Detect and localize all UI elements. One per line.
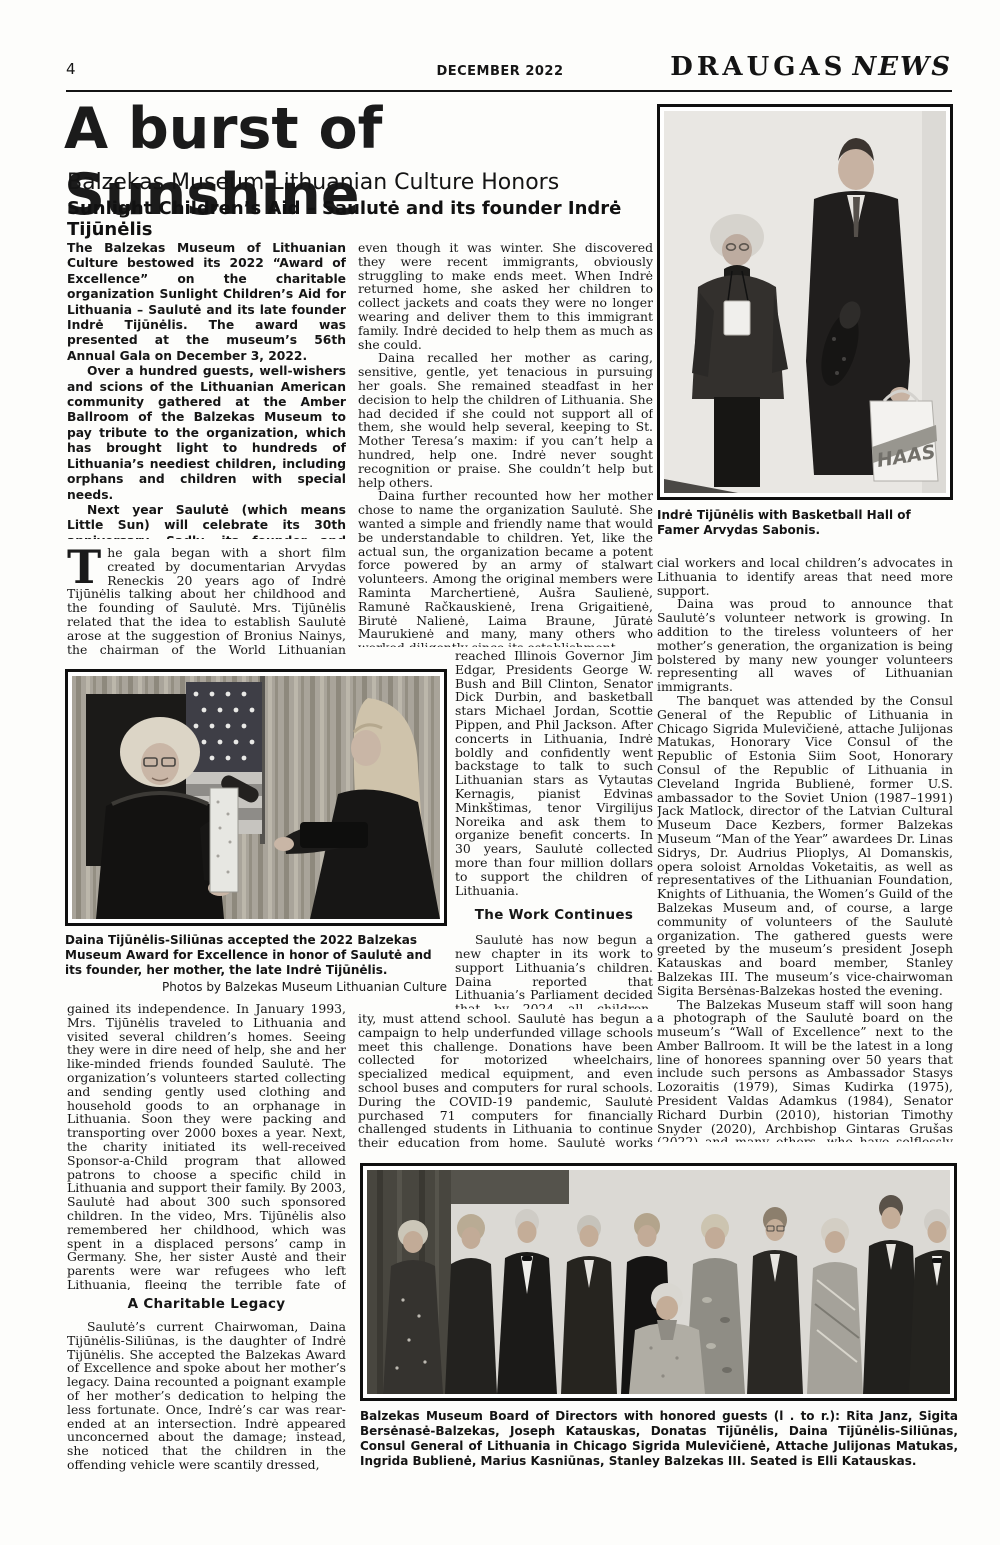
newspaper-page: 4 DECEMBER 2022 DRAUGASNEWS A burst of S…: [0, 0, 1000, 1545]
body-text: cial workers and local children’s advoca…: [657, 556, 953, 597]
award-caption-block: Daina Tijūnėlis-Siliūnas accepted the 20…: [65, 933, 447, 994]
body-text: Daina further recounted how her mother c…: [358, 489, 653, 647]
body-text: even though it was winter. She discovere…: [358, 241, 653, 351]
article-subtitle-bold: Sunlight Children’s Aid – Saulutė and it…: [67, 198, 667, 240]
masthead-news: NEWS: [852, 52, 952, 82]
column1-continued: gained its independence. In January 1993…: [67, 1002, 346, 1290]
intro-paragraph: Over a hundred guests, well-wishers and …: [67, 364, 346, 503]
column2-top: even though it was winter. She discovere…: [358, 241, 653, 647]
award-caption: Daina Tijūnėlis-Siliūnas accepted the 20…: [65, 933, 447, 978]
intro-paragraph: The Balzekas Museum of Lithuanian Cultur…: [67, 241, 346, 364]
group-photo: [360, 1163, 957, 1401]
charitable-legacy-heading: A Charitable Legacy: [67, 1296, 346, 1312]
sabonis-photo-illustration: HAAS: [664, 111, 946, 493]
masthead: DRAUGASNEWS: [640, 52, 952, 82]
award-photo-illustration: [72, 676, 440, 919]
body-text: Saulutė’s current Chairwoman, Daina Tijū…: [67, 1320, 346, 1472]
column1-dropcap-block: The gala began with a short film created…: [67, 546, 346, 658]
body-text: he gala began with a short film created …: [67, 546, 346, 658]
haas-bag: HAAS: [870, 391, 938, 481]
column2-bottom: ity, must attend school. Saulutė has beg…: [358, 1012, 653, 1152]
body-text: The Balzekas Museum staff will soon hang…: [657, 998, 953, 1143]
column1-intro: The Balzekas Museum of Lithuanian Cultur…: [67, 241, 346, 539]
drop-cap: T: [67, 546, 107, 586]
award-photo: [65, 669, 447, 926]
body-text: reached Illinois Governor Jim Edgar, Pre…: [455, 649, 653, 897]
body-text: Daina was proud to announce that Saulutė…: [657, 597, 953, 694]
sabonis-caption: Indrė Tijūnėlis with Basketball Hall of …: [657, 508, 953, 538]
page-number: 4: [66, 60, 76, 78]
body-text: ity, must attend school. Saulutė has beg…: [358, 1012, 653, 1152]
body-text: gained its independence. In January 1993…: [67, 1002, 346, 1290]
group-caption: Balzekas Museum Board of Directors with …: [360, 1409, 958, 1469]
column2-narrow: reached Illinois Governor Jim Edgar, Pre…: [455, 649, 653, 1009]
body-text: Saulutė has now begun a new chapter in i…: [455, 933, 653, 1009]
header-rule: [66, 90, 952, 92]
column3: cial workers and local children’s advoca…: [657, 556, 953, 1142]
body-text: Daina recalled her mother as caring, sen…: [358, 351, 653, 489]
column1-legacy: Saulutė’s current Chairwoman, Daina Tijū…: [67, 1320, 346, 1482]
body-text: The banquet was attended by the Consul G…: [657, 694, 953, 998]
article-subtitle: Balzekas Museum Lithuanian Culture Honor…: [67, 170, 627, 195]
masthead-draugas: DRAUGAS: [670, 52, 846, 82]
work-continues-heading: The Work Continues: [455, 909, 653, 923]
sabonis-photo: HAAS: [657, 104, 953, 500]
group-photo-illustration: [367, 1170, 950, 1394]
photo-credit: Photos by Balzekas Museum Lithuanian Cul…: [65, 980, 447, 994]
intro-paragraph: Next year Saulutė (which means Little Su…: [67, 503, 346, 539]
